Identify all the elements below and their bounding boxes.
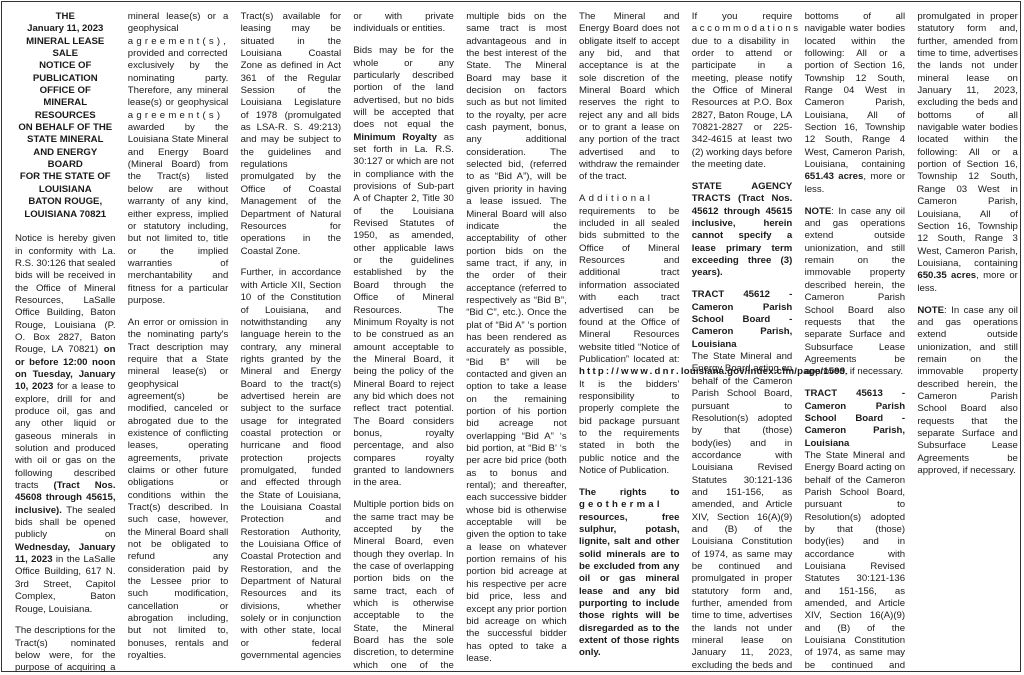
publication-url-part[interactable]: http://www.dnr.: [579, 366, 681, 377]
title-line: BOARD: [15, 159, 116, 171]
title-line: BATON ROUGE,: [15, 196, 116, 208]
bids-paragraph: Bids may be for the whole or any particu…: [353, 45, 454, 489]
title-line: ON BEHALF OF THE: [15, 122, 116, 134]
accommodations-paragraph: If you require accommodations due to a d…: [692, 11, 793, 171]
title-line: MINERAL: [15, 97, 116, 109]
notice-body: THE January 11, 2023 MINERAL LEASE SALE …: [15, 11, 1018, 675]
title-line: FOR THE STATE OF: [15, 171, 116, 183]
tract-acreage: 650.35 acres: [917, 270, 976, 281]
tract-45612-note: NOTE: In case any oil and gas operations…: [805, 206, 906, 379]
no-obligation-paragraph: The Mineral and Energy Board does not ob…: [579, 11, 680, 184]
title-line: January 11, 2023: [15, 23, 116, 35]
intro-paragraph: Notice is hereby given in conformity wit…: [15, 233, 116, 616]
title-line: LOUISIANA 70821: [15, 209, 116, 221]
tract-heading: TRACT 45613 - Cameron Parish School Boar…: [805, 388, 906, 448]
tract-heading: TRACT 45612 - Cameron Parish School Boar…: [692, 289, 793, 349]
error-omission-paragraph: An error or omission in the nominating p…: [128, 317, 229, 663]
minimum-royalty: Minimum Royalty: [353, 132, 437, 143]
tract-acreage: 651.43 acres: [805, 171, 864, 182]
legal-notice-page: THE January 11, 2023 MINERAL LEASE SALE …: [0, 0, 1024, 675]
title-line: OFFICE OF: [15, 85, 116, 97]
notice-title: THE January 11, 2023 MINERAL LEASE SALE …: [15, 11, 116, 221]
title-line: NOTICE OF: [15, 60, 116, 72]
title-line: STATE MINERAL: [15, 134, 116, 146]
geothermal-paragraph: The rights to geothermal resources, free…: [579, 487, 680, 660]
title-line: PUBLICATION: [15, 73, 116, 85]
title-line: MINERAL LEASE: [15, 36, 116, 48]
tract-45613-note: NOTE: In case any oil and gas operations…: [917, 305, 1018, 478]
title-line: RESOURCES: [15, 110, 116, 122]
title-line: LOUISIANA: [15, 184, 116, 196]
title-line: AND ENERGY: [15, 147, 116, 159]
state-agency-tracts: STATE AGENCY TRACTS (Tract Nos. 45612 th…: [692, 181, 793, 280]
additional-requirements-paragraph: Additional requirements to be included i…: [579, 193, 680, 477]
title-line: SALE: [15, 48, 116, 60]
coastal-zone-paragraph: Tract(s) available for leasing may be si…: [241, 11, 342, 258]
title-line: THE: [15, 11, 116, 23]
